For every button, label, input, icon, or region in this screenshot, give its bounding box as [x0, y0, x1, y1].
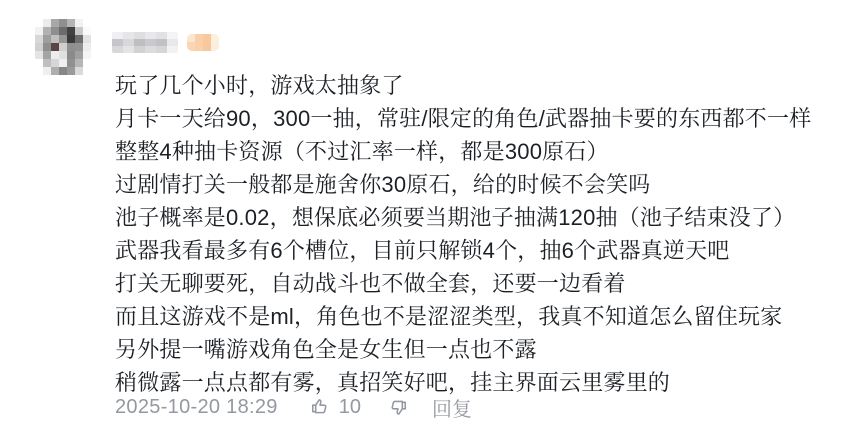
reply-button[interactable]: 回复	[432, 393, 472, 422]
comment-text-line: 整整4种抽卡资源（不过汇率一样，都是300原石）	[115, 135, 840, 168]
user-row[interactable]	[112, 30, 219, 54]
thumbs-up-icon	[309, 396, 331, 418]
comment-footer: 2025-10-20 18:29 10 回复	[115, 394, 472, 420]
comment-text-line: 过剧情打关一般都是施舍你30原石，给的时候不会笑吗	[115, 168, 840, 201]
username-redacted[interactable]	[112, 32, 178, 53]
timestamp: 2025-10-20 18:29	[115, 396, 278, 419]
comment-text-line: 另外提一嘴游戏角色全是女生但一点也不露	[115, 333, 840, 366]
comment-card: 玩了几个小时，游戏太抽象了 月卡一天给90，300一抽，常驻/限定的角色/武器抽…	[0, 0, 854, 424]
like-button[interactable]: 10	[309, 396, 361, 419]
comment-text-line: 打关无聊要死，自动战斗也不做全套，还要一边看着	[115, 267, 840, 300]
comment-text-line: 月卡一天给90，300一抽，常驻/限定的角色/武器抽卡要的东西都不一样	[115, 102, 840, 135]
user-badge-redacted	[187, 34, 219, 51]
comment-text-line: 武器我看最多有6个槽位，目前只解锁4个，抽6个武器真逆天吧	[115, 234, 840, 267]
comment-text-line: 而且这游戏不是ml，角色也不是涩涩类型，我真不知道怎么留住玩家	[115, 300, 840, 333]
avatar[interactable]	[35, 19, 91, 75]
comment-body: 玩了几个小时，游戏太抽象了 月卡一天给90，300一抽，常驻/限定的角色/武器抽…	[115, 69, 840, 399]
thumbs-down-icon	[387, 396, 409, 418]
comment-text-line: 池子概率是0.02，想保底必须要当期池子抽满120抽（池子结束没了）	[115, 201, 840, 234]
comment-text-line: 玩了几个小时，游戏太抽象了	[115, 69, 840, 102]
like-count: 10	[339, 396, 361, 419]
dislike-button[interactable]	[387, 396, 409, 418]
